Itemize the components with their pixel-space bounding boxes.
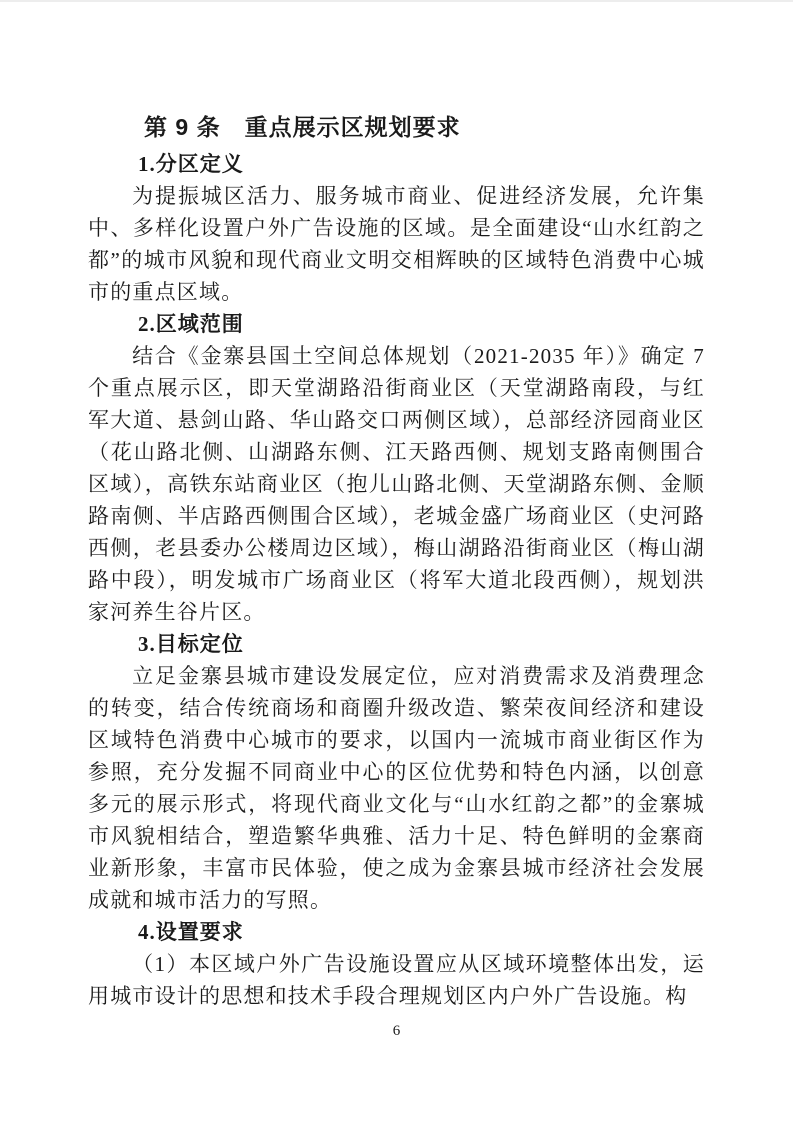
section-4-heading: 4.设置要求 xyxy=(88,916,705,948)
section-1-heading: 1.分区定义 xyxy=(88,148,705,180)
document-page: 第 9 条 重点展示区规划要求 1.分区定义 为提振城区活力、服务城市商业、促进… xyxy=(0,0,793,1122)
section-3-heading: 3.目标定位 xyxy=(88,628,705,660)
page-number: 6 xyxy=(393,1023,401,1039)
section-2-paragraph: 结合《金寨县国土空间总体规划（2021-2035 年）》确定 7 个重点展示区，… xyxy=(88,340,705,628)
section-2-heading: 2.区域范围 xyxy=(88,308,705,340)
section-1-paragraph: 为提振城区活力、服务城市商业、促进经济发展，允许集中、多样化设置户外广告设施的区… xyxy=(88,180,705,308)
page-footer: 6 xyxy=(88,1020,705,1042)
section-3-paragraph: 立足金寨县城市建设发展定位，应对消费需求及消费理念的转变，结合传统商场和商圈升级… xyxy=(88,660,705,916)
section-4-paragraph: （1）本区域户外广告设施设置应从区域环境整体出发，运用城市设计的思想和技术手段合… xyxy=(88,948,705,1012)
article-heading: 第 9 条 重点展示区规划要求 xyxy=(88,106,705,148)
